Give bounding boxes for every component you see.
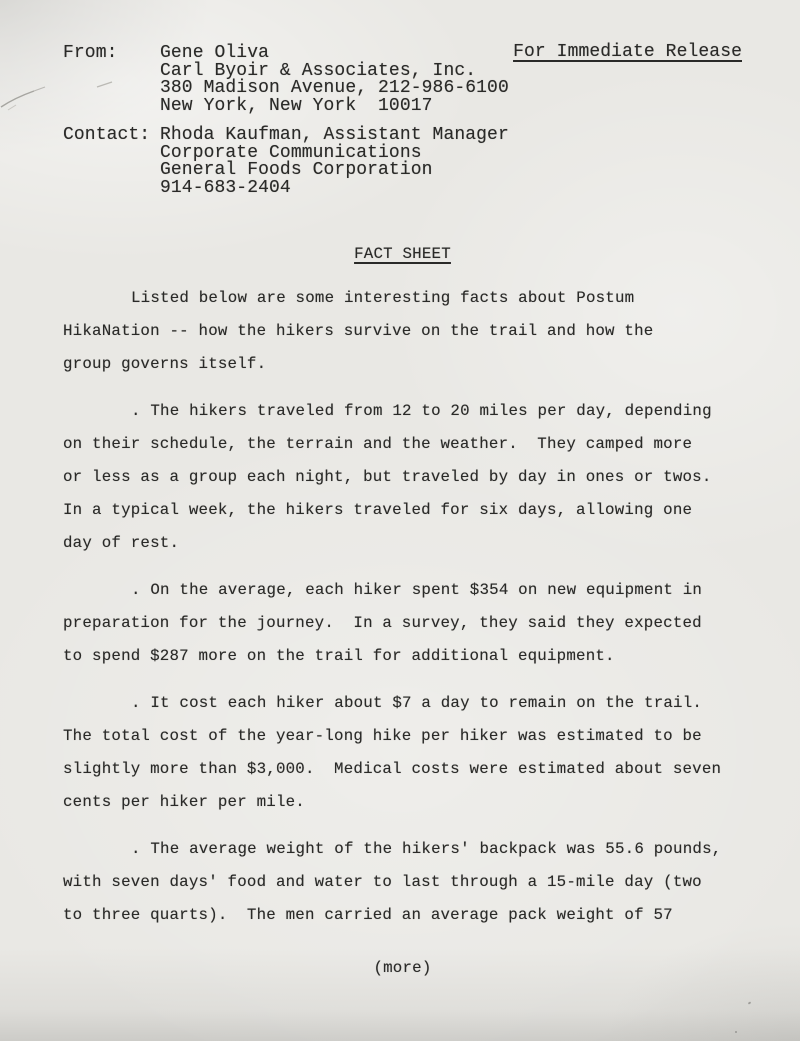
paper-speck [735, 1031, 737, 1033]
from-address: Gene Oliva Carl Byoir & Associates, Inc.… [160, 45, 509, 115]
press-release-page: For Immediate Release From: Gene Oliva C… [0, 0, 800, 1041]
paragraph-equipment-cost: . On the average, each hiker spent $354 … [63, 574, 742, 673]
contact-info: Rhoda Kaufman, Assistant Manager Corpora… [160, 127, 509, 197]
paragraph-backpack-weight: . The average weight of the hikers' back… [63, 833, 742, 932]
paper-speck [748, 1001, 752, 1004]
fact-sheet-body: Listed below are some interesting facts … [63, 282, 742, 932]
from-label: From: [63, 45, 160, 115]
fact-sheet-title: FACT SHEET [63, 244, 742, 264]
release-status-label: For Immediate Release [513, 42, 742, 62]
more-indicator: (more) [63, 958, 742, 978]
fact-sheet-title-text: FACT SHEET [354, 245, 451, 263]
contact-label: Contact: [63, 127, 160, 197]
contact-block: Contact: Rhoda Kaufman, Assistant Manage… [63, 127, 742, 197]
paragraph-miles-per-day: . The hikers traveled from 12 to 20 mile… [63, 395, 742, 560]
paragraph-intro: Listed below are some interesting facts … [63, 282, 742, 381]
paragraph-daily-cost: . It cost each hiker about $7 a day to r… [63, 687, 742, 819]
